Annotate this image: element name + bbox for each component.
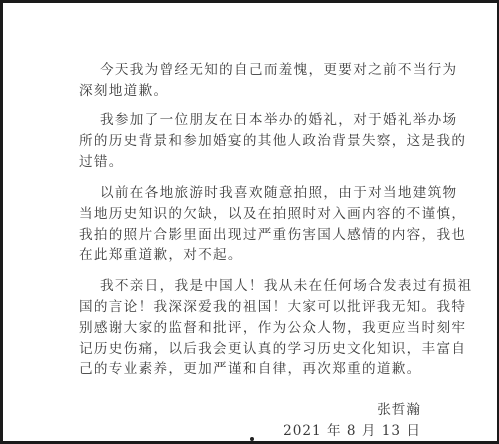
paragraph-3-line-2: 当地历史知识的欠缺，以及在拍照时对入画内容的不谨慎， [79,204,466,224]
paragraph-3-line-1: 以前在各地旅游时我喜欢随意拍照，由于对当地建筑物 [100,183,457,203]
signature-name: 张哲瀚 [377,400,421,420]
paragraph-4-line-3: 别感谢大家的监督和批评，作为公众人物，我更应当时刻牢 [79,318,466,338]
paragraph-2-line-3: 过错。 [79,152,124,172]
signature-date: 2021 年 8 月 13 日 [283,421,421,441]
paragraph-3-line-3: 我拍的照片合影里面出现过严重伤害国人感情的内容，我也 [79,225,466,245]
paragraph-4-line-4: 记历史伤痛，以后我会更认真的学习历史文化知识，丰富自 [79,339,466,359]
bottom-dot-marker [250,437,254,441]
paragraph-1-line-2: 深刻地道歉。 [79,81,168,101]
paragraph-2-line-2: 所的历史背景和参加婚宴的其他人政治背景失察，这是我的 [79,131,466,151]
document-page: 今天我为曾经无知的自己而羞愧，更要对之前不当行为 深刻地道歉。 我参加了一位朋友… [0,0,499,444]
paragraph-4-line-2: 国的言论！我深深爱我的祖国！大家可以批评我无知。我特 [79,297,466,317]
paragraph-4-line-1: 我不亲日，我是中国人！我从未在任何场合发表过有损祖 [100,276,472,296]
paragraph-3-line-4: 在此郑重道歉，对不起。 [79,245,243,265]
paragraph-4-line-5: 己的专业素养，更加严谨和自律，再次郑重的道歉。 [79,359,422,379]
paragraph-1-line-1: 今天我为曾经无知的自己而羞愧，更要对之前不当行为 [100,60,457,80]
paragraph-2-line-1: 我参加了一位朋友在日本举办的婚礼，对于婚礼举办场 [100,110,457,130]
